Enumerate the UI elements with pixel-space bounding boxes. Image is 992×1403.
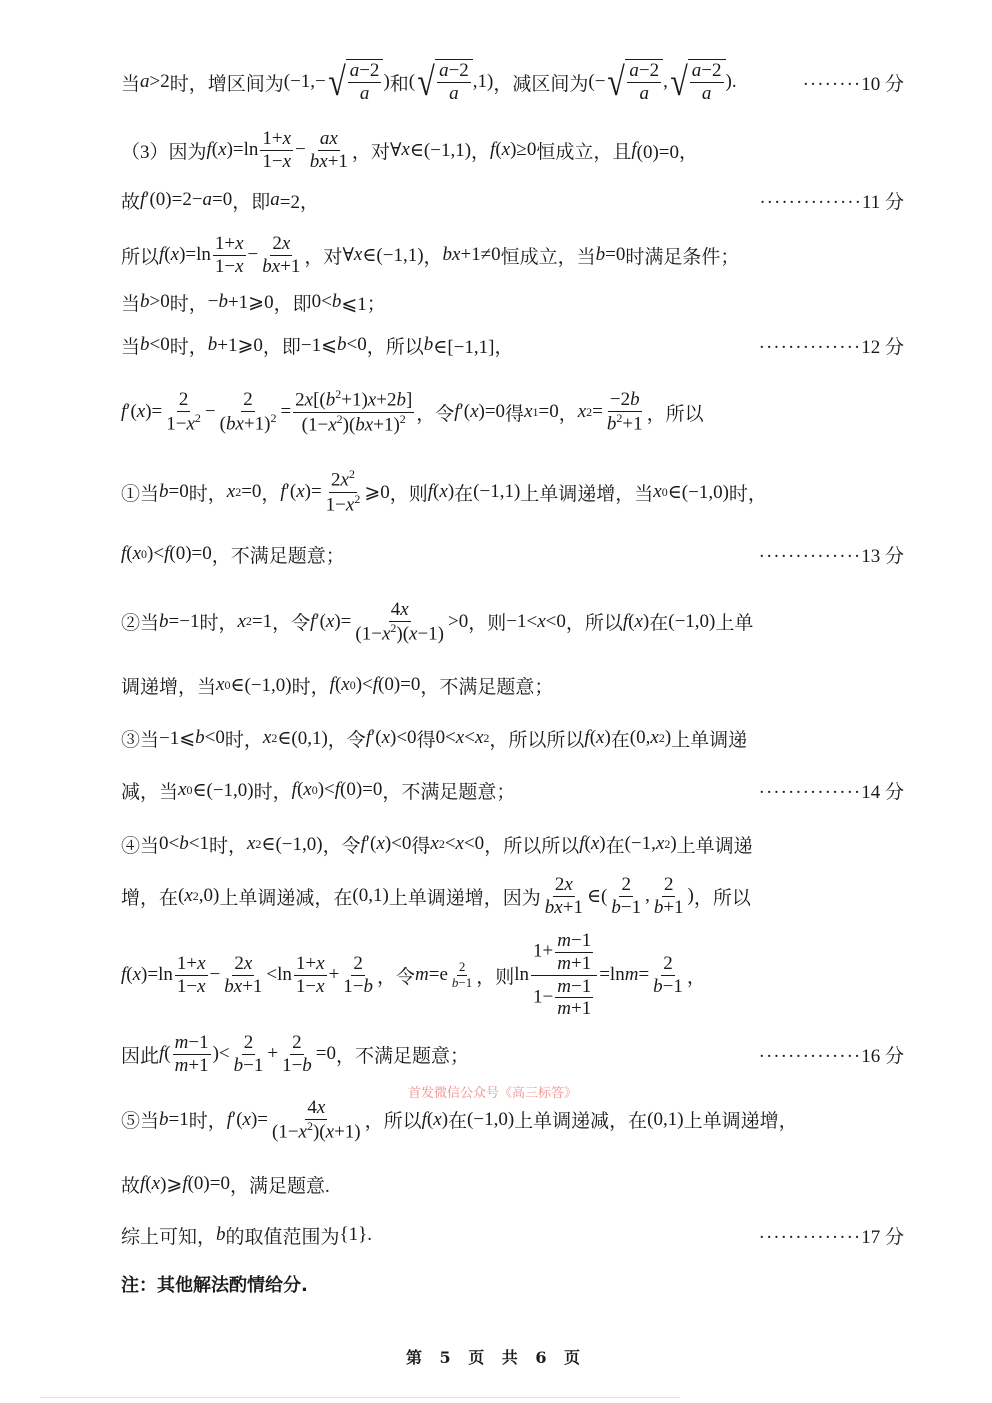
text: ， (471, 137, 490, 164)
score-label: ··············12 分 (759, 332, 904, 359)
text: 增，在 (121, 883, 178, 910)
text: ，对 (352, 137, 390, 164)
solution-line-14: ④当0<b<1时，x2∈(−1,0)，令f′(x)<0得x2<x<0，所以所以f… (121, 830, 904, 858)
text: 时， (292, 672, 330, 699)
text: 时， (189, 479, 227, 506)
text: 因此 (121, 1041, 159, 1068)
solution-line-19: 故f(x)⩾f(0)=0，满足题意. (121, 1170, 904, 1198)
text: 故 (121, 1171, 140, 1198)
text: ，不满足题意； (212, 541, 345, 568)
solution-line-9: f(x0)<f(0)=0，不满足题意； ··············13 分 (121, 540, 904, 568)
text: ，则 (476, 962, 514, 989)
solution-line-17: 因此f(m−1m+1)<2b−1+21−b=0，不满足题意； ·········… (121, 1028, 904, 1080)
score-label: ··············17 分 (759, 1222, 904, 1249)
text: ，即 (232, 187, 270, 214)
text: 时， (189, 1106, 227, 1133)
text: ，所以 (647, 399, 704, 426)
text: 上单调递 (677, 831, 753, 858)
score-label: ········10 分 (803, 69, 904, 96)
text: 上单 (715, 608, 753, 635)
text: ，不满足题意； (420, 672, 553, 699)
solution-line-3: 故f′(0)=2−a=0，即a=2， ··············11 分 (121, 186, 904, 214)
text: 当 (121, 289, 140, 316)
text: 和 (390, 69, 409, 96)
text: ， (261, 479, 280, 506)
solution-line-8: ①当b=0时，x2=0，f′(x)=2x21−x2⩾0，则f(x)在(−1,1)… (121, 466, 904, 518)
text: ，减区间为 (493, 69, 588, 96)
solution-line-16: f(x)=ln1+x1−x−2xbx+1<ln1+x1−x+21−b，令m=e2… (121, 925, 904, 1025)
text: 时， (254, 777, 292, 804)
text: ，对 (304, 242, 342, 269)
score-label: ··············16 分 (759, 1041, 904, 1068)
text: 时，增区间为 (170, 69, 284, 96)
solution-line-2: （3）因为f(x)=ln1+x1−x−axbx+1，对∀x∈(−1,1)，f(x… (121, 125, 904, 175)
text: 上单调递减，在 (219, 883, 352, 910)
text: 在 (649, 608, 668, 635)
text: 得 (411, 831, 430, 858)
text: ，令 (323, 831, 361, 858)
text: 上单调递增， (684, 1106, 798, 1133)
text: ，所以所以 (484, 831, 579, 858)
solution-line-7: f′(x)=21−x2−2(bx+1)2=2x[(b2+1)x+2b](1−x2… (121, 384, 904, 440)
text: ，则 (468, 608, 506, 635)
grading-note: 注：其他解法酌情给分. (121, 1270, 904, 1298)
score-label: ··············11 分 (759, 187, 904, 214)
text: 在 (611, 725, 630, 752)
text: ①当 (121, 479, 159, 506)
text: ，不满足题意； (336, 1041, 469, 1068)
text: ，所以所以 (489, 725, 584, 752)
text: 时， (199, 608, 237, 635)
text: 时满足条件； (625, 242, 739, 269)
text: ，所以 (365, 1106, 422, 1133)
text: 当 (121, 332, 140, 359)
text: 时， (225, 725, 263, 752)
text: 上单调递增，因为 (389, 883, 541, 910)
text: 所以 (121, 242, 159, 269)
text: 综上可知， (121, 1222, 216, 1249)
text: 恒成立，且 (536, 137, 631, 164)
text: 时， (170, 332, 208, 359)
solution-line-11: 调递增，当x0∈(−1,0)时，f(x0)<f(0)=0，不满足题意； (121, 671, 904, 699)
text: 得 (417, 725, 436, 752)
text: ，即 (263, 332, 301, 359)
solution-line-1: 当a>2时，增区间为(−1,−√a−2a)和(√a−2a,1)，减区间为(−√a… (121, 52, 904, 112)
text: 故 (121, 187, 140, 214)
text: 恒成立，当 (501, 242, 596, 269)
solution-line-10: ②当b=−1时，x2=1，令f′(x)=4x(1−x2)(x−1)>0，则−1<… (121, 596, 904, 648)
text: ，令 (272, 608, 310, 635)
text: ， (424, 242, 443, 269)
text: ， (559, 399, 578, 426)
note-text: 注：其他解法酌情给分. (121, 1271, 308, 1297)
score-label: ··············13 分 (759, 541, 904, 568)
text: 时， (170, 289, 208, 316)
text: ，即 (274, 289, 312, 316)
text: 的取值范围为 (226, 1222, 340, 1249)
text: 当 (121, 69, 140, 96)
text: ，令 (328, 725, 366, 752)
solution-line-15: 增，在(x2,0)上单调递减，在(0,1)上单调递增，因为2xbx+1∈(2b−… (121, 870, 904, 922)
solution-line-18: ⑤当b=1时，f′(x)=4x(1−x2)(x+1)，所以f(x)在(−1,0)… (121, 1094, 904, 1146)
bottom-divider (40, 1397, 680, 1398)
text: ②当 (121, 608, 159, 635)
solution-line-6: 当b<0时，b+1⩾0，即−1⩽b<0，所以b∈[−1,1]， ········… (121, 331, 904, 359)
page-footer: 第 5 页 共 6 页 (0, 1345, 992, 1368)
text: 减，当 (121, 777, 178, 804)
solution-line-4: 所以f(x)=ln1+x1−x−2xbx+1，对∀x∈(−1,1)，bx+1≠0… (121, 230, 904, 280)
text: 在 (454, 479, 473, 506)
text: 上单调递 (671, 725, 747, 752)
text: 时， (729, 479, 767, 506)
text: ，令 (377, 962, 415, 989)
text: 在 (606, 831, 625, 858)
text: 得 (505, 399, 524, 426)
text: ，所以 (566, 608, 623, 635)
text: 上单调递减，在 (514, 1106, 647, 1133)
text: ⑤当 (121, 1106, 159, 1133)
text: ，满足题意. (230, 1171, 330, 1198)
text: （3）因为 (121, 137, 207, 164)
text: ，则 (390, 479, 428, 506)
text: ，令 (416, 399, 454, 426)
solution-line-5: 当b>0时，−b+1⩾0，即0<b⩽1； (121, 288, 904, 316)
text: 调递增，当 (121, 672, 216, 699)
solution-line-13: 减，当x0∈(−1,0)时，f(x0)<f(0)=0，不满足题意； ······… (121, 776, 904, 804)
text: ，所以 (367, 332, 424, 359)
text: ③当 (121, 725, 159, 752)
text: ，所以 (694, 883, 751, 910)
solution-line-12: ③当−1⩽b<0时，x2∈(0,1)，令f′(x)<0得0<x<x2，所以所以f… (121, 724, 904, 752)
text: ④当 (121, 831, 159, 858)
text: 时， (209, 831, 247, 858)
solution-line-20: 综上可知，b的取值范围为{1}. ··············17 分 (121, 1221, 904, 1249)
text: 在 (448, 1106, 467, 1133)
score-label: ··············14 分 (759, 777, 904, 804)
text: 上单调递增，当 (520, 479, 653, 506)
text: ，不满足题意； (382, 777, 515, 804)
